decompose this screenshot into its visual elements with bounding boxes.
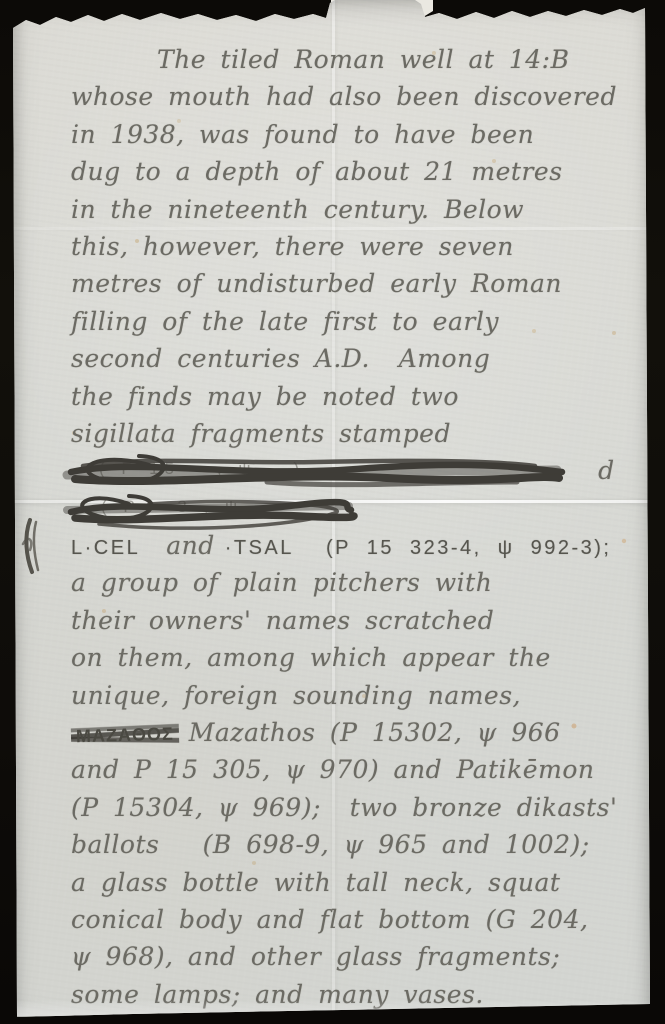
text-line: in the nineteenth century. Below: [71, 194, 646, 231]
crossed-out-line-1: ( P 15 – , ψ – ) d: [71, 455, 646, 492]
text-line: unique, foreign sounding names,: [71, 680, 646, 717]
line-24: conical body and flat bottom (G 204,: [71, 905, 588, 934]
stamp-names-line: L·CELand·TSAL (P 15 323-4, ψ 992-3);: [71, 530, 646, 567]
line-6: this, however, there were seven: [71, 232, 514, 261]
text-line: (P 15304, ψ 969); two bronze dikasts': [71, 792, 646, 829]
scribble-block: ( P – 3 , ψ: [59, 493, 359, 530]
line-16: their owners' names scratched: [71, 606, 494, 635]
text-line: metres of undisturbed early Roman: [71, 268, 646, 305]
scribble-block: ( P 15 – , ψ – ): [57, 455, 577, 492]
text-line: on them, among which appear the: [71, 642, 646, 679]
line-26: some lamps; and many vases.: [71, 980, 484, 1009]
crossed-out-word: MAZAΘOΣ: [71, 719, 180, 753]
text-line: The tiled Roman well at 14:B: [71, 44, 646, 81]
scribble-strikeout-icon: [59, 490, 359, 534]
line-15: a group of plain pitchers with: [71, 568, 492, 597]
text-line: some lamps; and many vases.: [71, 979, 646, 1016]
text-line: sigillata fragments stamped: [71, 418, 646, 455]
line-14-and: and: [166, 531, 215, 560]
trailing-letter: d: [598, 456, 615, 485]
line-2: whose mouth had also been discovered: [71, 82, 617, 111]
text-line: conical body and flat bottom (G 204,: [71, 904, 646, 941]
line-18: unique, foreign sounding names,: [71, 681, 521, 710]
line-20: and P 15 305, ψ 970) and Patikēmon: [71, 755, 594, 784]
line-4: dug to a depth of about 21 metres: [71, 157, 563, 186]
text-line: dug to a depth of about 21 metres: [71, 156, 646, 193]
manuscript-paper: The tiled Roman well at 14:B whose mouth…: [13, 0, 653, 1024]
stamp-name-lcel: L·CEL: [71, 537, 140, 559]
line-8: filling of the late first to early: [71, 307, 499, 336]
margin-pencil-mark: [15, 514, 41, 576]
line-17: on them, among which appear the: [71, 643, 551, 672]
line-25: ψ 968), and other glass fragments;: [71, 942, 560, 971]
handwritten-text: The tiled Roman well at 14:B whose mouth…: [71, 44, 646, 1016]
line-19: Mazathos (P 15302, ψ 966: [189, 718, 561, 747]
text-line: their owners' names scratched: [71, 605, 646, 642]
line-1: The tiled Roman well at 14:B: [157, 45, 569, 74]
line-10: the finds may be noted two: [71, 382, 459, 411]
scribble-strikeout-icon: [57, 452, 577, 494]
text-line: a glass bottle with tall neck, squat: [71, 867, 646, 904]
mazathos-line: MAZAΘOΣMazathos (P 15302, ψ 966: [71, 717, 646, 754]
text-line: the finds may be noted two: [71, 381, 646, 418]
stamp-name-tsal: ·TSAL (P 15 323-4, ψ 992-3);: [225, 537, 612, 559]
text-line: whose mouth had also been discovered: [71, 81, 646, 118]
text-line: a group of plain pitchers with: [71, 567, 646, 604]
text-line: second centuries A.D. Among: [71, 343, 646, 380]
line-23: a glass bottle with tall neck, squat: [71, 868, 560, 897]
foxing-speckles: [13, 0, 15, 2]
line-22: ballots (B 698-9, ψ 965 and 1002);: [71, 830, 590, 859]
crossed-out-line-2: ( P – 3 , ψ: [71, 493, 646, 530]
text-line: and P 15 305, ψ 970) and Patikēmon: [71, 754, 646, 791]
text-line: ballots (B 698-9, ψ 965 and 1002);: [71, 829, 646, 866]
text-line: this, however, there were seven: [71, 231, 646, 268]
line-11: sigillata fragments stamped: [71, 419, 451, 448]
line-7: metres of undisturbed early Roman: [71, 269, 562, 298]
text-line: filling of the late first to early: [71, 306, 646, 343]
line-9: second centuries A.D. Among: [71, 344, 490, 373]
line-3: in 1938, was found to have been: [71, 120, 534, 149]
line-5: in the nineteenth century. Below: [71, 195, 524, 224]
photo-stage: The tiled Roman well at 14:B whose mouth…: [0, 0, 665, 1024]
text-line: in 1938, was found to have been: [71, 119, 646, 156]
line-21: (P 15304, ψ 969); two bronze dikasts': [71, 793, 617, 822]
text-line: ψ 968), and other glass fragments;: [71, 941, 646, 978]
